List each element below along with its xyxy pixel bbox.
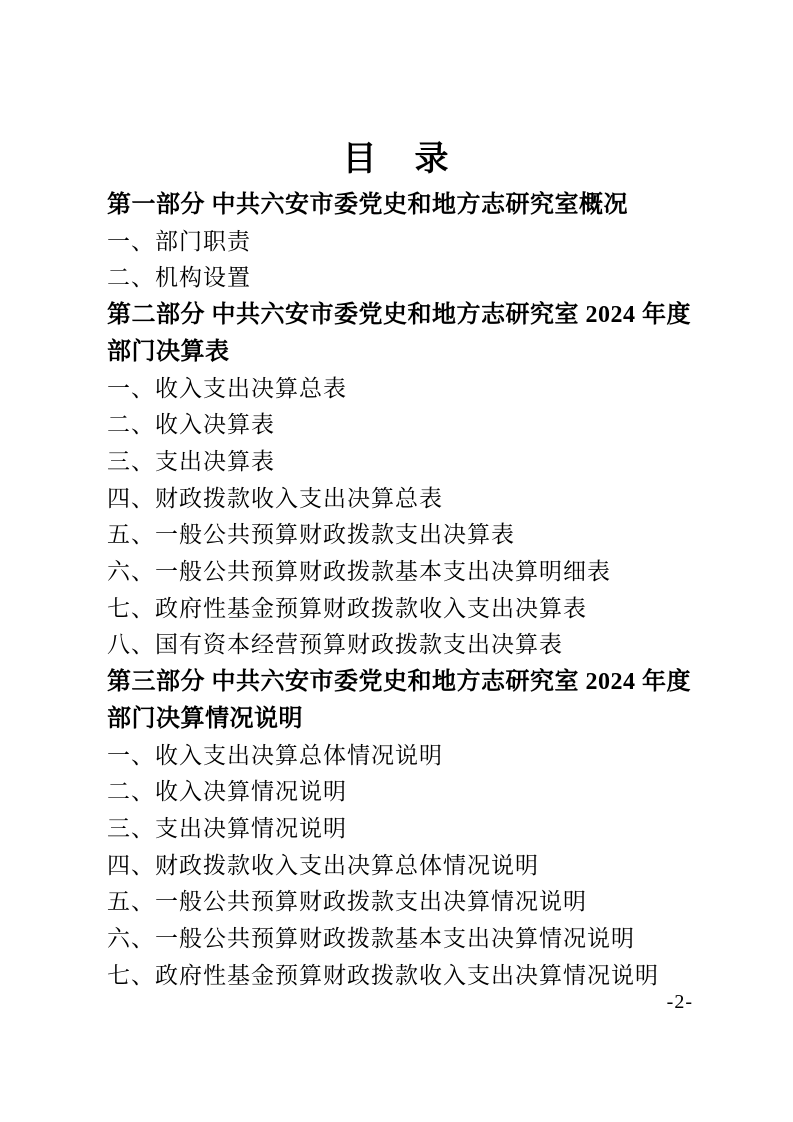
toc-entry: 五、一般公共预算财政拨款支出决算表 bbox=[107, 517, 698, 554]
toc-entry: 四、财政拨款收入支出决算总体情况说明 bbox=[107, 848, 698, 885]
toc-entry: 一、收入支出决算总体情况说明 bbox=[107, 738, 698, 775]
document-page: 目 录 第一部分 中共六安市委党史和地方志研究室概况一、部门职责二、机构设置第二… bbox=[0, 0, 793, 1122]
toc-entry: 二、收入决算表 bbox=[107, 407, 698, 444]
toc-entry: 一、收入支出决算总表 bbox=[107, 371, 698, 408]
toc-section-heading: 第二部分 中共六安市委党史和地方志研究室 2024 年度 bbox=[107, 297, 698, 334]
toc-entry: 六、一般公共预算财政拨款基本支出决算明细表 bbox=[107, 554, 698, 591]
toc-list: 第一部分 中共六安市委党史和地方志研究室概况一、部门职责二、机构设置第二部分 中… bbox=[107, 187, 698, 994]
toc-entry: 一、部门职责 bbox=[107, 224, 698, 261]
toc-section-heading: 第三部分 中共六安市委党史和地方志研究室 2024 年度 bbox=[107, 664, 698, 701]
toc-entry: 五、一般公共预算财政拨款支出决算情况说明 bbox=[107, 884, 698, 921]
toc-entry: 四、财政拨款收入支出决算总表 bbox=[107, 481, 698, 518]
toc-section-heading: 部门决算表 bbox=[107, 334, 698, 371]
toc-entry: 七、政府性基金预算财政拨款收入支出决算情况说明 bbox=[107, 958, 698, 995]
toc-entry: 七、政府性基金预算财政拨款收入支出决算表 bbox=[107, 591, 698, 628]
toc-entry: 二、机构设置 bbox=[107, 260, 698, 297]
page-title: 目 录 bbox=[0, 138, 793, 182]
page-number: -2- bbox=[667, 989, 693, 1015]
toc-entry: 三、支出决算表 bbox=[107, 444, 698, 481]
toc-entry: 三、支出决算情况说明 bbox=[107, 811, 698, 848]
toc-entry: 二、收入决算情况说明 bbox=[107, 774, 698, 811]
toc-entry: 八、国有资本经营预算财政拨款支出决算表 bbox=[107, 627, 698, 664]
toc-section-heading: 部门决算情况说明 bbox=[107, 701, 698, 738]
toc-entry: 六、一般公共预算财政拨款基本支出决算情况说明 bbox=[107, 921, 698, 958]
toc-section-heading: 第一部分 中共六安市委党史和地方志研究室概况 bbox=[107, 187, 698, 224]
